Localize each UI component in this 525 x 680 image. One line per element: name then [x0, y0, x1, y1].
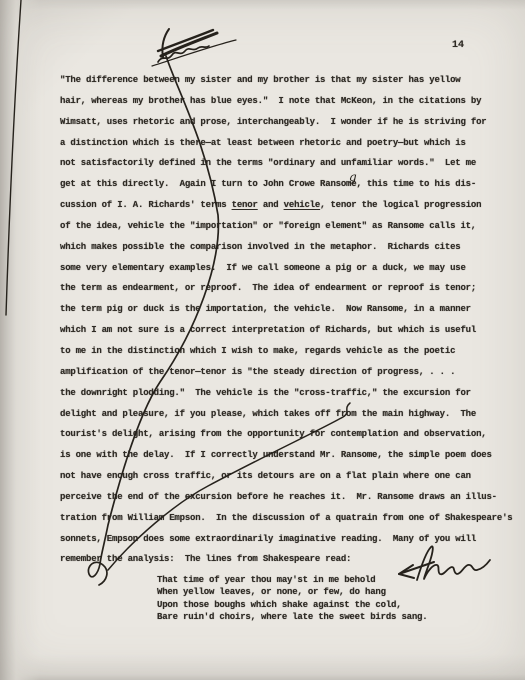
body-line: is one with the delay. If I correctly un… — [60, 445, 512, 466]
body-line: to me in the distinction which I wish to… — [60, 341, 512, 362]
body-line: remember the analysis: The lines from Sh… — [60, 549, 512, 570]
body-line: cussion of I. A. Richards' terms tenor a… — [60, 195, 512, 216]
scratched-out-note-icon — [152, 29, 236, 66]
quatrain-line: When yellow leaves, or none, or few, do … — [157, 586, 427, 598]
body-line: Wimsatt, uses rhetoric and prose, interc… — [60, 112, 512, 133]
body-line: some very elementary examples. If we cal… — [60, 258, 512, 279]
body-text: "The difference between my sister and my… — [60, 70, 512, 570]
body-line: sonnets, Empson does some extraordinaril… — [60, 529, 512, 550]
body-line: the term pig or duck is the importation,… — [60, 299, 512, 320]
paper-crease — [6, 0, 21, 315]
body-line: delight and pleasure, if you please, whi… — [60, 404, 512, 425]
body-line: "The difference between my sister and my… — [60, 70, 512, 91]
body-line: which I am not sure is a correct interpr… — [60, 320, 512, 341]
body-line: get at this directly. Again I turn to Jo… — [60, 174, 512, 195]
body-line: perceive the end of the excursion before… — [60, 487, 512, 508]
body-line: the downright plodding." The vehicle is … — [60, 383, 512, 404]
page-number: 14 — [452, 40, 464, 51]
quatrain: That time of year thou may'st in me beho… — [157, 574, 427, 623]
body-line: of the idea, vehicle the "importation" o… — [60, 216, 512, 237]
body-line: which makes possible the comparison invo… — [60, 237, 512, 258]
underlined-term: vehicle — [284, 200, 320, 210]
body-line: tourist's delight, arising from the oppo… — [60, 424, 512, 445]
body-line: tration from William Empson. In the disc… — [60, 508, 512, 529]
quatrain-line: That time of year thou may'st in me beho… — [157, 574, 427, 586]
body-line: not have enough cross traffic, or its de… — [60, 466, 512, 487]
body-line: a distinction which is there—at least be… — [60, 133, 512, 154]
typescript-page: 14 "The difference between my sister and… — [0, 0, 525, 680]
body-line: the term as endearment, or reproof. The … — [60, 278, 512, 299]
body-line: not satisfactorily defined in the terms … — [60, 153, 512, 174]
underlined-term: tenor — [232, 200, 258, 210]
quatrain-line: Bare ruin'd choirs, where late the sweet… — [157, 611, 427, 623]
quatrain-line: Upon those boughs which shake against th… — [157, 599, 427, 611]
body-line: amplification of the tenor—tenor is "the… — [60, 362, 512, 383]
body-line: hair, whereas my brother has blue eyes."… — [60, 91, 512, 112]
